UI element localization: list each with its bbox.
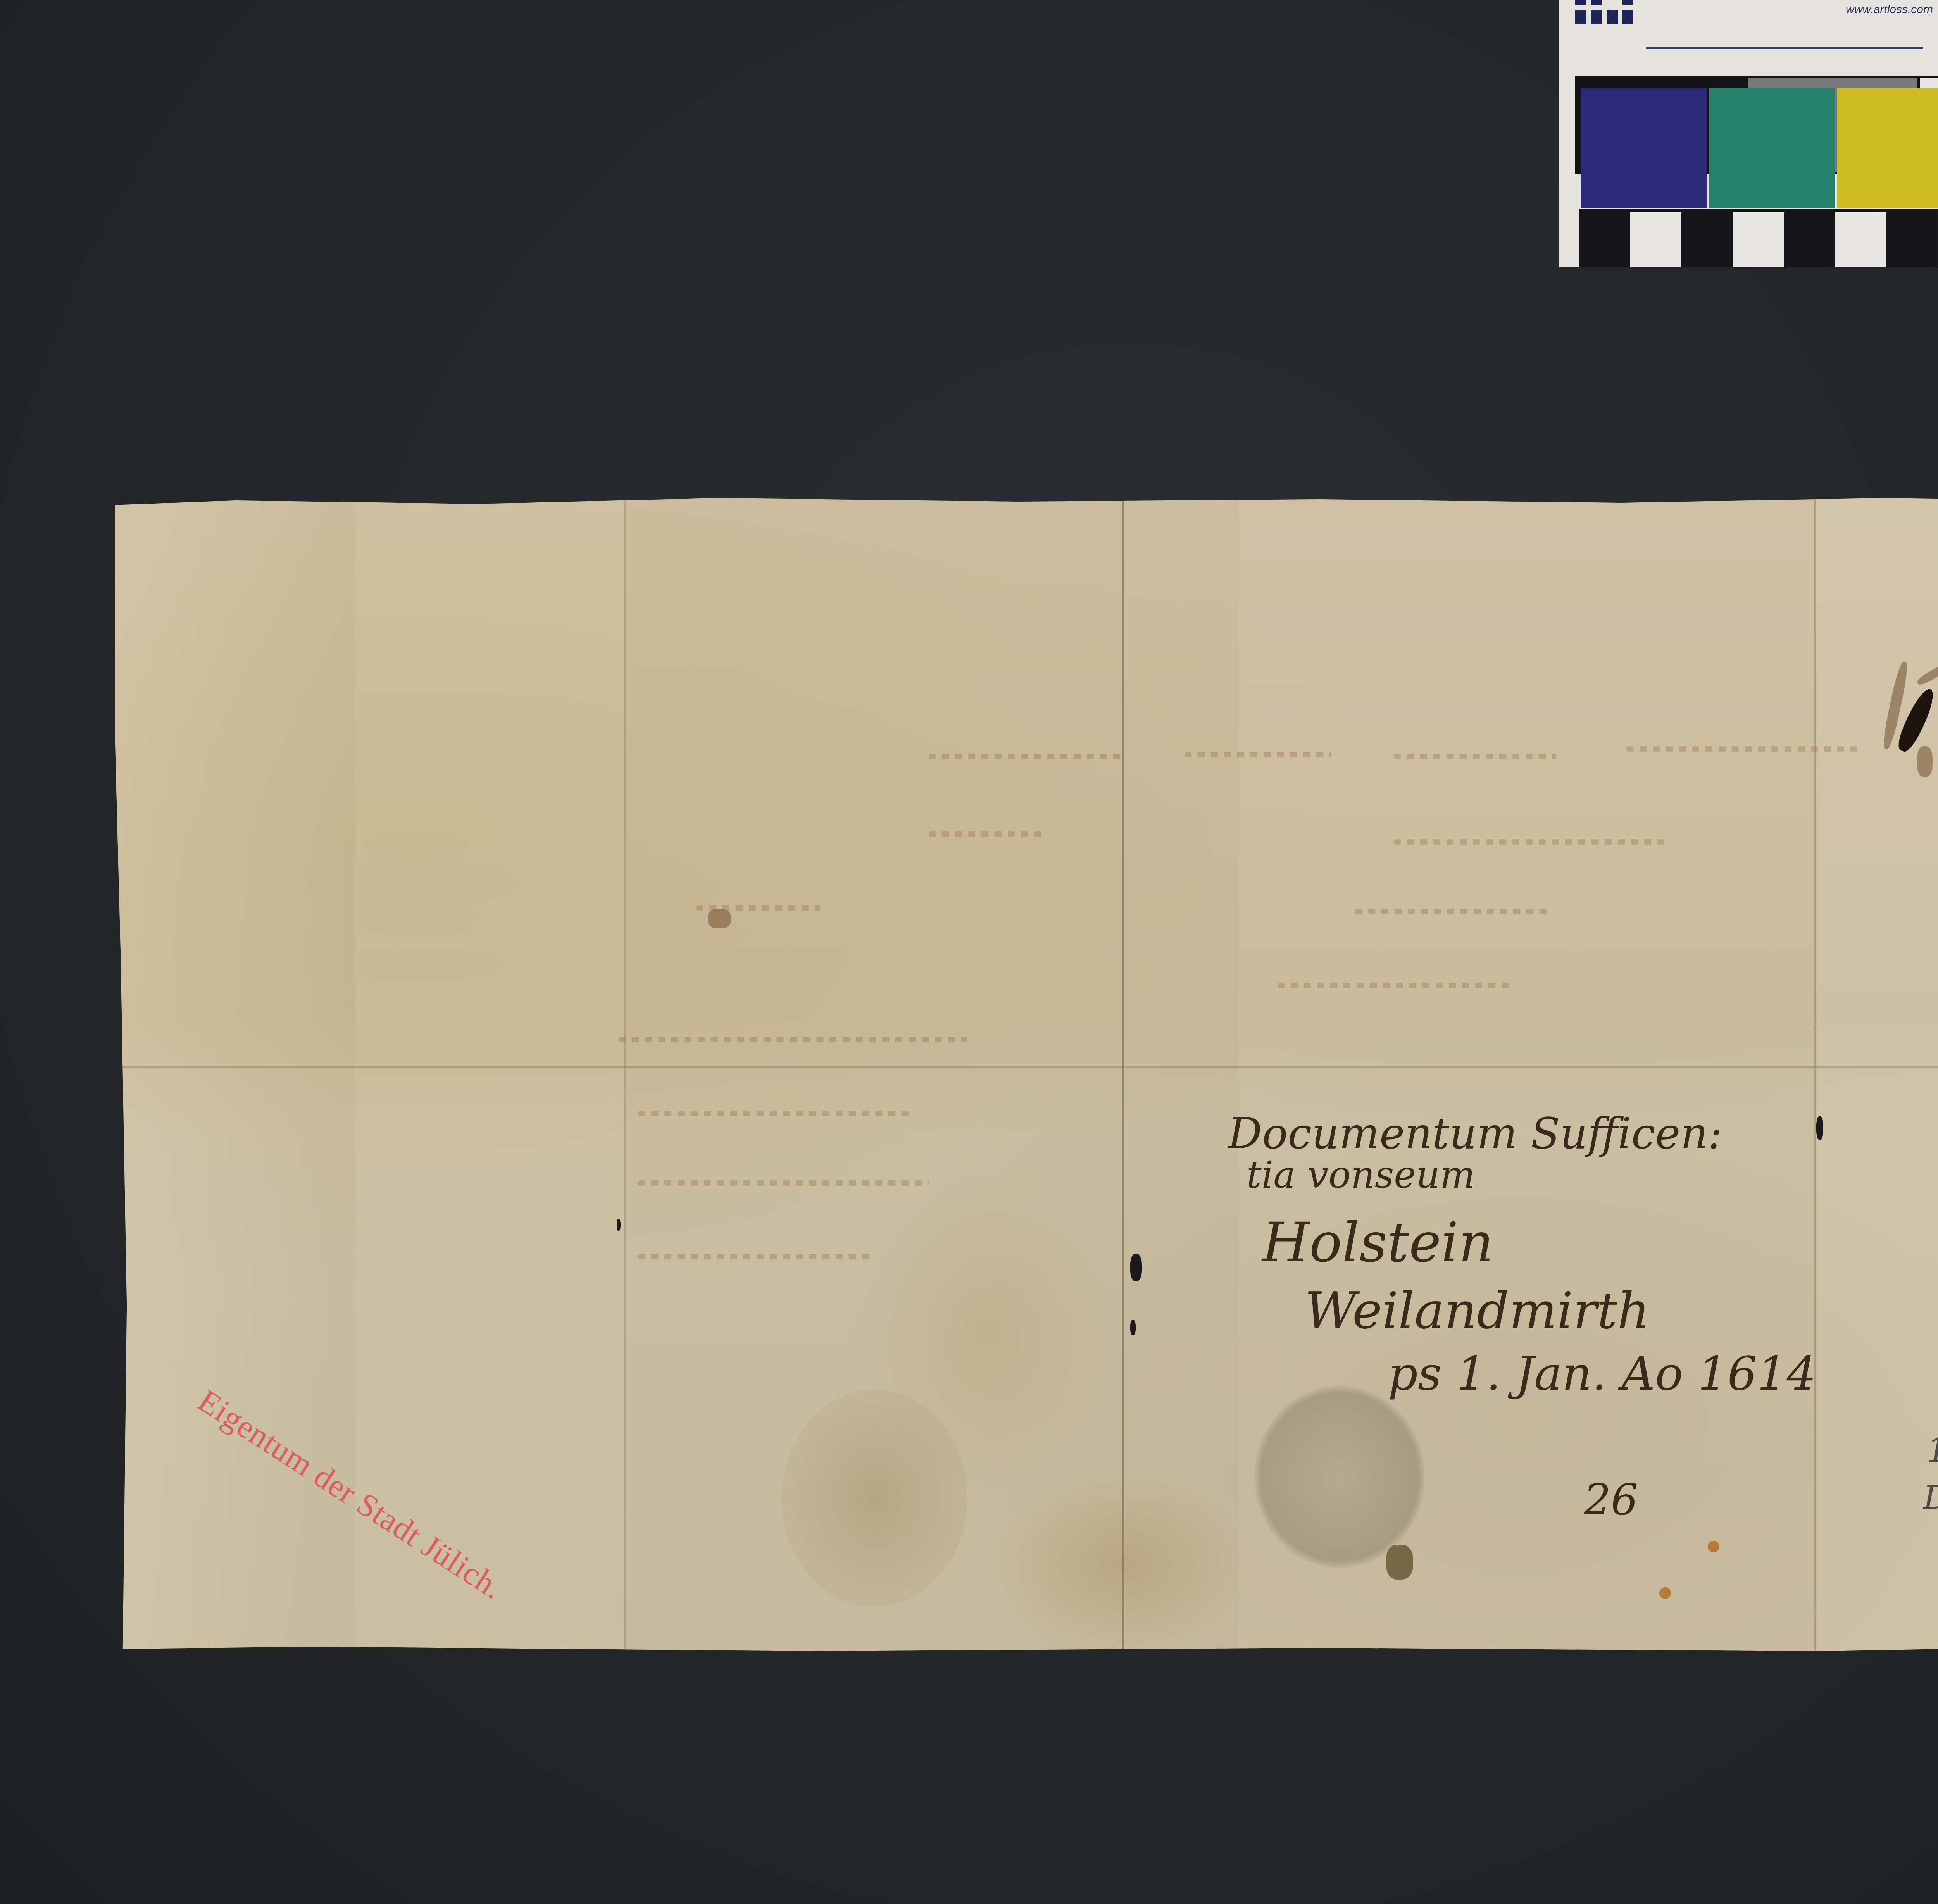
yellow-patch [1837, 88, 1938, 208]
endorsement-line-3: Holstein [1262, 1211, 1493, 1275]
endorsement-line-2: tia vonseum [1247, 1153, 1475, 1197]
endorsement-date: ps 1. Jan. Ao 1614 [1388, 1347, 1816, 1401]
card-url: www.artloss.com [1846, 3, 1933, 16]
vertical-fold-right [1814, 498, 1816, 1651]
color-calibration-card: www.artloss.com Object ID cm [1559, 0, 1938, 267]
endorsement-line-4: Weilandmirth [1305, 1281, 1650, 1340]
endorsement-line-1: Documentum Sufficen: [1228, 1109, 1722, 1158]
green-patch [1709, 88, 1835, 208]
folio-number: 26 [1584, 1475, 1638, 1525]
vertical-fold-left [624, 498, 626, 1651]
blue-patch [1581, 88, 1707, 208]
pencil-note-date: Dez. 6. [1923, 1479, 1938, 1517]
seal-stain-right [1254, 1386, 1425, 1568]
grid-logo-icon [1575, 0, 1637, 54]
horizontal-fold [115, 1066, 1938, 1068]
color-patch-row [1581, 88, 1938, 208]
pencil-note-year: 1613 [1926, 1430, 1938, 1470]
card-rule [1646, 47, 1923, 49]
centimeter-scale: cm [1579, 209, 1938, 267]
document-sheet: Eigentum der Stadt Jülich. Documentum Su… [115, 498, 1938, 1651]
